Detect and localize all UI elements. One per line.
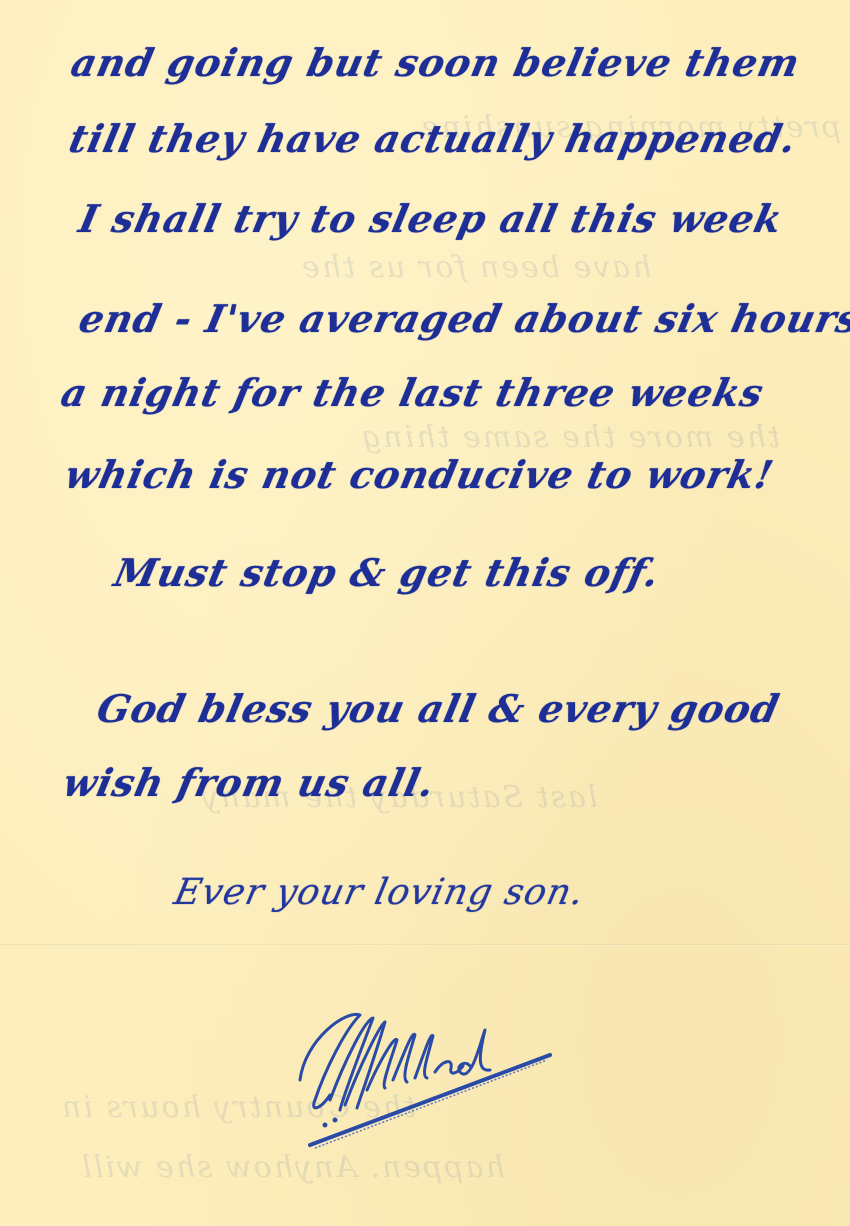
paper-fold-line <box>0 944 850 946</box>
letter-line-4: end - I've averaged about six hours <box>75 296 850 341</box>
letter-line-7: Must stop & get this off. <box>110 550 664 595</box>
letter-closing: Ever your loving son. <box>171 872 589 913</box>
letter-line-3: I shall try to sleep all this week <box>75 196 787 241</box>
letter-line-6: which is not conducive to work! <box>61 452 778 497</box>
bleed-through-text: the more the same thing <box>360 420 780 455</box>
letter-line-8: God bless you all & every good <box>93 686 784 731</box>
bleed-through-text: have been for us the <box>300 250 651 285</box>
letter-line-2: till they have actually happened. <box>65 116 801 161</box>
signature <box>285 1000 575 1170</box>
letter-line-1: and going but soon believe them <box>67 40 804 85</box>
letter-line-9: wish from us all. <box>59 760 439 805</box>
signature-flourish-icon <box>285 1000 575 1170</box>
letter-line-5: a night for the last three weeks <box>57 370 768 415</box>
